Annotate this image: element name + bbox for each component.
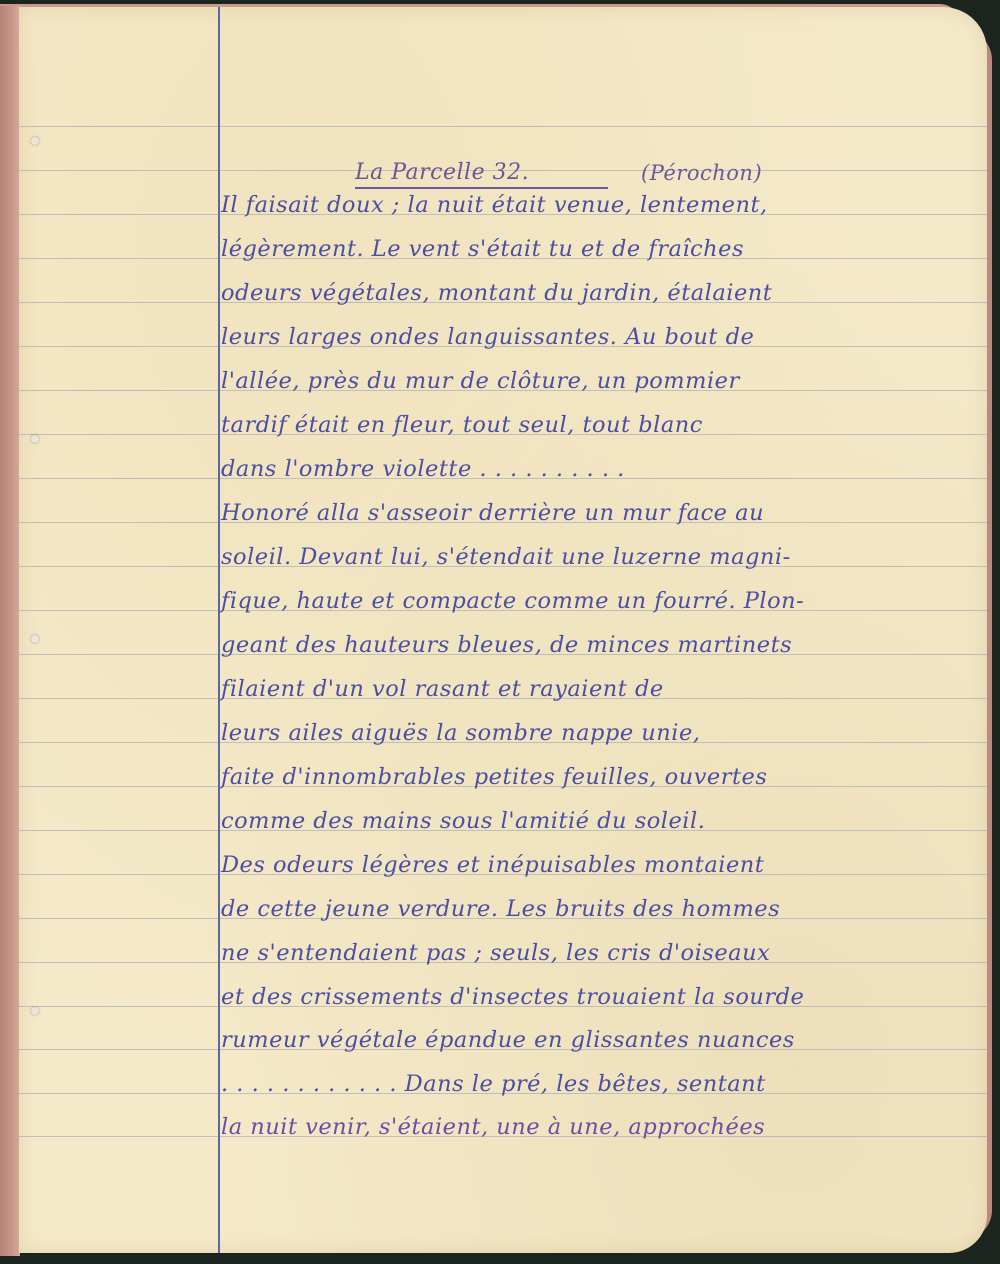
scanned-notebook: La Parcelle 32. (Pérochon) Il faisait do… [0, 0, 1000, 1264]
handwritten-line: l'allée, près du mur de clôture, un pomm… [221, 368, 740, 394]
handwritten-line: dans l'ombre violette . . . . . . . . . … [221, 456, 625, 482]
title-underline [355, 187, 608, 189]
page-title: La Parcelle 32. [355, 160, 529, 185]
handwritten-line: Honoré alla s'asseoir derrière un mur fa… [221, 500, 764, 526]
handwritten-line: leurs ailes aiguës la sombre nappe unie, [221, 720, 700, 746]
author-attribution: (Pérochon) [641, 161, 762, 185]
handwritten-line: soleil. Devant lui, s'étendait une luzer… [221, 544, 791, 570]
handwritten-line: tardif était en fleur, tout seul, tout b… [221, 412, 703, 438]
handwritten-line: geant des hauteurs bleues, de minces mar… [221, 632, 792, 658]
binding-staple [31, 1007, 39, 1015]
handwritten-line: leurs larges ondes languissantes. Au bou… [221, 324, 754, 350]
handwritten-line: fique, haute et compacte comme un fourré… [221, 588, 804, 614]
handwritten-line: faite d'innombrables petites feuilles, o… [221, 764, 767, 790]
handwritten-line: comme des mains sous l'amitié du soleil. [221, 808, 705, 834]
notebook-page: La Parcelle 32. (Pérochon) Il faisait do… [19, 7, 987, 1253]
handwritten-line: odeurs végétales, montant du jardin, éta… [221, 280, 772, 306]
binding-staple [31, 435, 39, 443]
margin-line [218, 7, 220, 1253]
handwritten-line: légèrement. Le vent s'était tu et de fra… [221, 236, 744, 262]
notebook-cover-spine [0, 6, 20, 1256]
handwritten-line: ne s'entendaient pas ; seuls, les cris d… [221, 940, 770, 966]
handwritten-line: de cette jeune verdure. Les bruits des h… [221, 896, 780, 922]
ruled-line [19, 126, 987, 127]
binding-staple [31, 137, 39, 145]
handwritten-line: Il faisait doux ; la nuit était venue, l… [221, 192, 768, 218]
handwritten-line: la nuit venir, s'étaient, une à une, app… [221, 1114, 765, 1140]
handwritten-line: . . . . . . . . . . . . Dans le pré, les… [221, 1071, 766, 1097]
binding-staple [31, 635, 39, 643]
handwritten-line: et des crissements d'insectes trouaient … [221, 984, 804, 1010]
handwritten-line: filaient d'un vol rasant et rayaient de [221, 676, 664, 702]
handwritten-line: Des odeurs légères et inépuisables monta… [221, 852, 764, 878]
handwritten-line: rumeur végétale épandue en glissantes nu… [221, 1027, 795, 1053]
